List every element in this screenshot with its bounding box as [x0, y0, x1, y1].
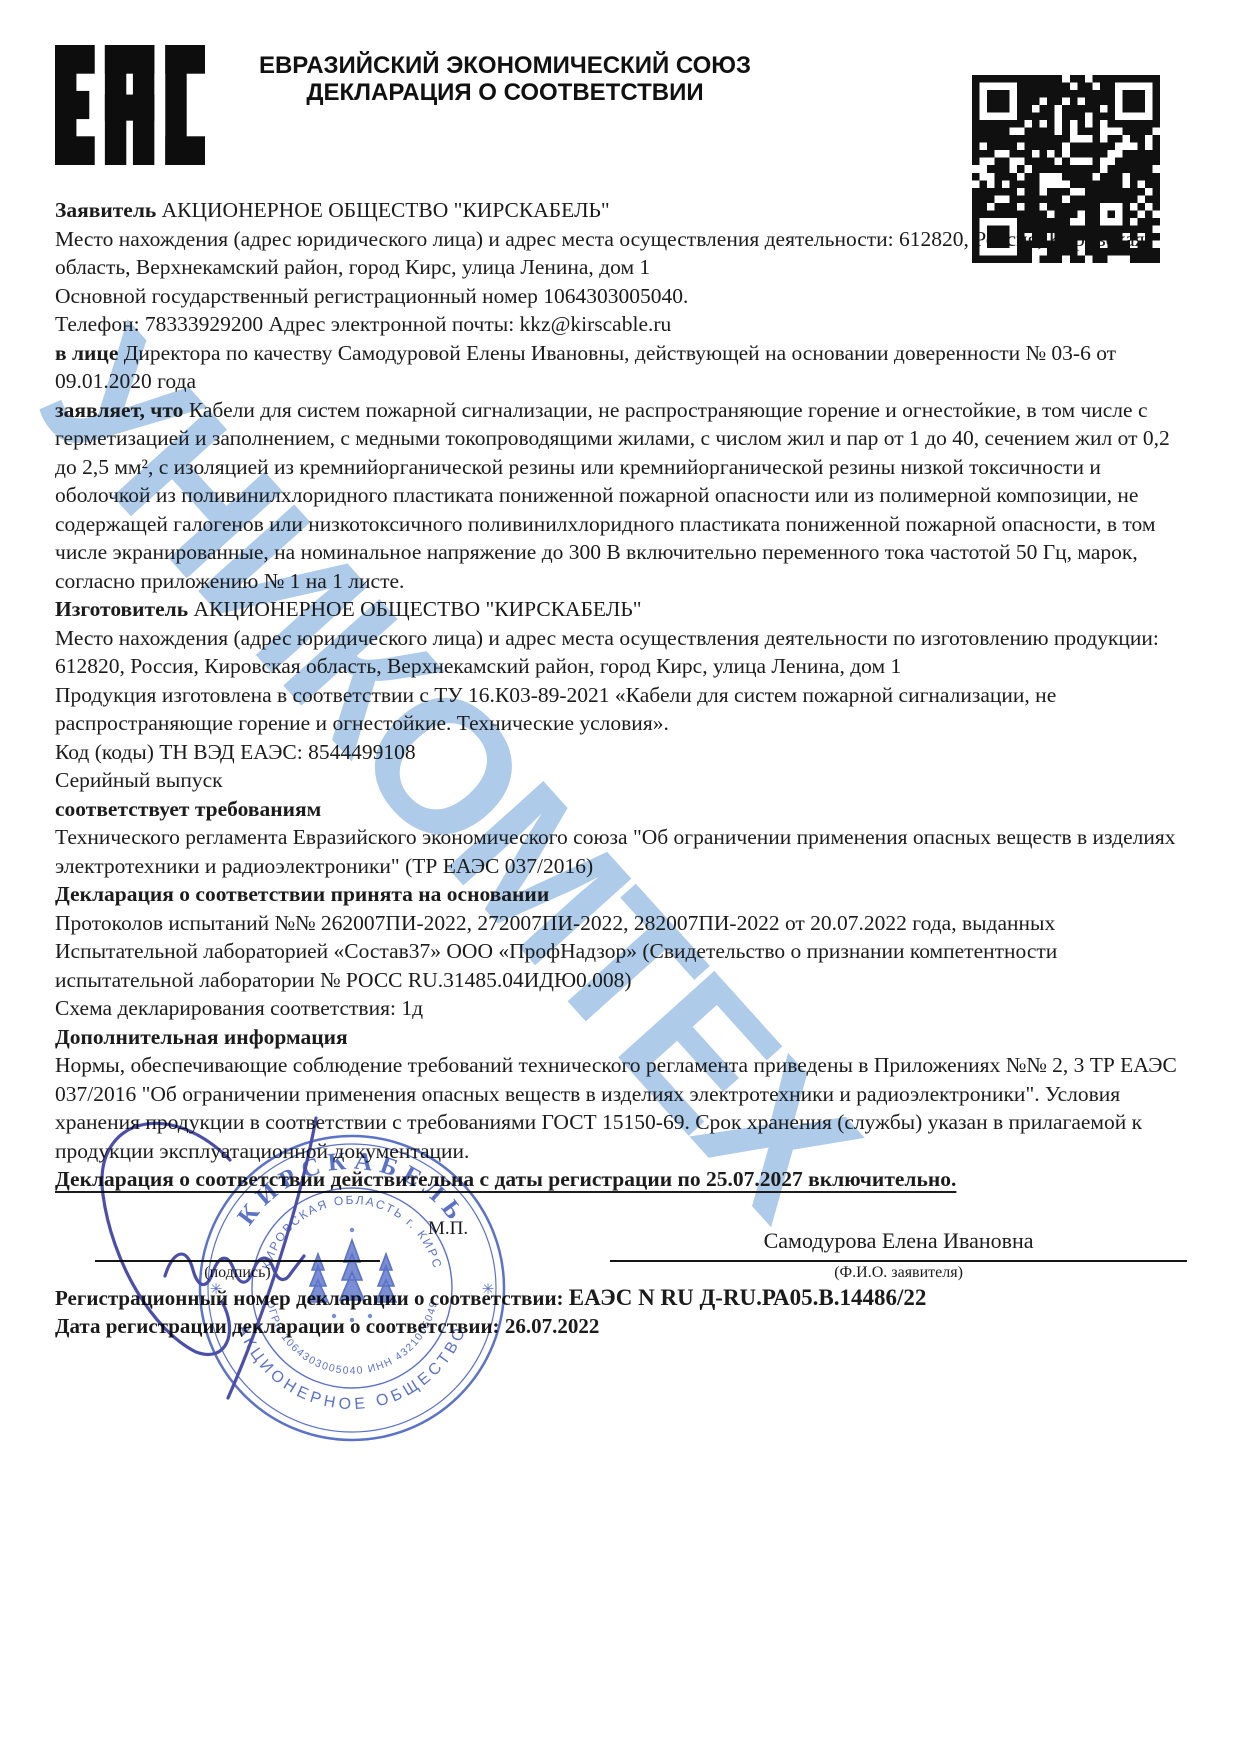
basis-protocols: Протоколов испытаний №№ 262007ПИ-2022, 2… — [55, 909, 1187, 995]
serial-release: Серийный выпуск — [55, 766, 1187, 795]
manufacturer-label: Изготовитель — [55, 597, 188, 621]
eac-mark-logo — [55, 45, 205, 165]
validity-statement: Декларация о соответствии действительна … — [55, 1165, 1187, 1194]
document-title: ЕВРАЗИЙСКИЙ ЭКОНОМИЧЕСКИЙ СОЮЗ ДЕКЛАРАЦИ… — [215, 52, 795, 106]
product-tu: Продукция изготовлена в соответствии с Т… — [55, 681, 1187, 738]
tnved-code: Код (коды) ТН ВЭД ЕАЭС: 8544499108 — [55, 738, 1187, 767]
person-name: Директора по качеству Самодуровой Елены … — [55, 341, 1116, 394]
declaration-statement: заявляет, что Кабели для систем пожарной… — [55, 396, 1187, 596]
registration-number: ЕАЭС N RU Д-RU.РА05.В.14486/22 — [569, 1285, 927, 1310]
manufacturer-address: Место нахождения (адрес юридического лиц… — [55, 624, 1187, 681]
manufacturer-name: АКЦИОНЕРНОЕ ОБЩЕСТВО "КИРСКАБЕЛЬ" — [193, 597, 641, 621]
product-description: Кабели для систем пожарной сигнализации,… — [55, 398, 1170, 593]
manufacturer-line: Изготовитель АКЦИОНЕРНОЕ ОБЩЕСТВО "КИРСК… — [55, 595, 1187, 624]
additional-text: Нормы, обеспечивающие соблюдение требова… — [55, 1051, 1187, 1165]
signature-row: (подпись) М.П. Самодурова Елена Ивановна… — [55, 1202, 1187, 1284]
title-line-union: ЕВРАЗИЙСКИЙ ЭКОНОМИЧЕСКИЙ СОЮЗ — [215, 52, 795, 79]
qr-code — [972, 75, 1160, 263]
document-body: Заявитель АКЦИОНЕРНОЕ ОБЩЕСТВО "КИРСКАБЕ… — [55, 196, 1187, 1341]
compliance-heading: соответствует требованиям — [55, 795, 1187, 824]
applicant-contacts: Телефон: 78333929200 Адрес электронной п… — [55, 310, 1187, 339]
eac-mark-icon — [55, 45, 205, 165]
applicant-name: АКЦИОНЕРНОЕ ОБЩЕСТВО "КИРСКАБЕЛЬ" — [162, 198, 610, 222]
registration-date: 26.07.2022 — [505, 1314, 600, 1338]
additional-heading: Дополнительная информация — [55, 1023, 1187, 1052]
applicant-person-line: в лице Директора по качеству Самодуровой… — [55, 339, 1187, 396]
basis-scheme: Схема декларирования соответствия: 1д — [55, 994, 1187, 1023]
registration-number-line: Регистрационный номер декларации о соотв… — [55, 1284, 1187, 1313]
basis-heading: Декларация о соответствии принята на осн… — [55, 880, 1187, 909]
applicant-ogrn: Основной государственный регистрационный… — [55, 282, 1187, 311]
qr-code-icon — [972, 75, 1160, 263]
compliance-text: Технического регламента Евразийского эко… — [55, 823, 1187, 880]
applicant-label: Заявитель — [55, 198, 156, 222]
signature-field: (подпись) — [95, 1202, 380, 1284]
declarant-label: (Ф.И.О. заявителя) — [610, 1262, 1187, 1284]
declarant-name: Самодурова Елена Ивановна — [610, 1226, 1187, 1256]
declaration-document-page: УНИКОМТЕХ ЕВРАЗИЙСКИЙ ЭКОНОМИ — [0, 0, 1242, 1754]
stamp-place-label: М.П. — [428, 1215, 468, 1284]
registration-date-line: Дата регистрации декларации о соответств… — [55, 1312, 1187, 1341]
signature-label: (подпись) — [95, 1262, 380, 1284]
declarant-field: Самодурова Елена Ивановна (Ф.И.О. заявит… — [610, 1226, 1187, 1284]
title-line-declaration: ДЕКЛАРАЦИЯ О СООТВЕТСТВИИ — [215, 79, 795, 106]
person-label: в лице — [55, 341, 118, 365]
declares-label: заявляет, что — [55, 398, 183, 422]
